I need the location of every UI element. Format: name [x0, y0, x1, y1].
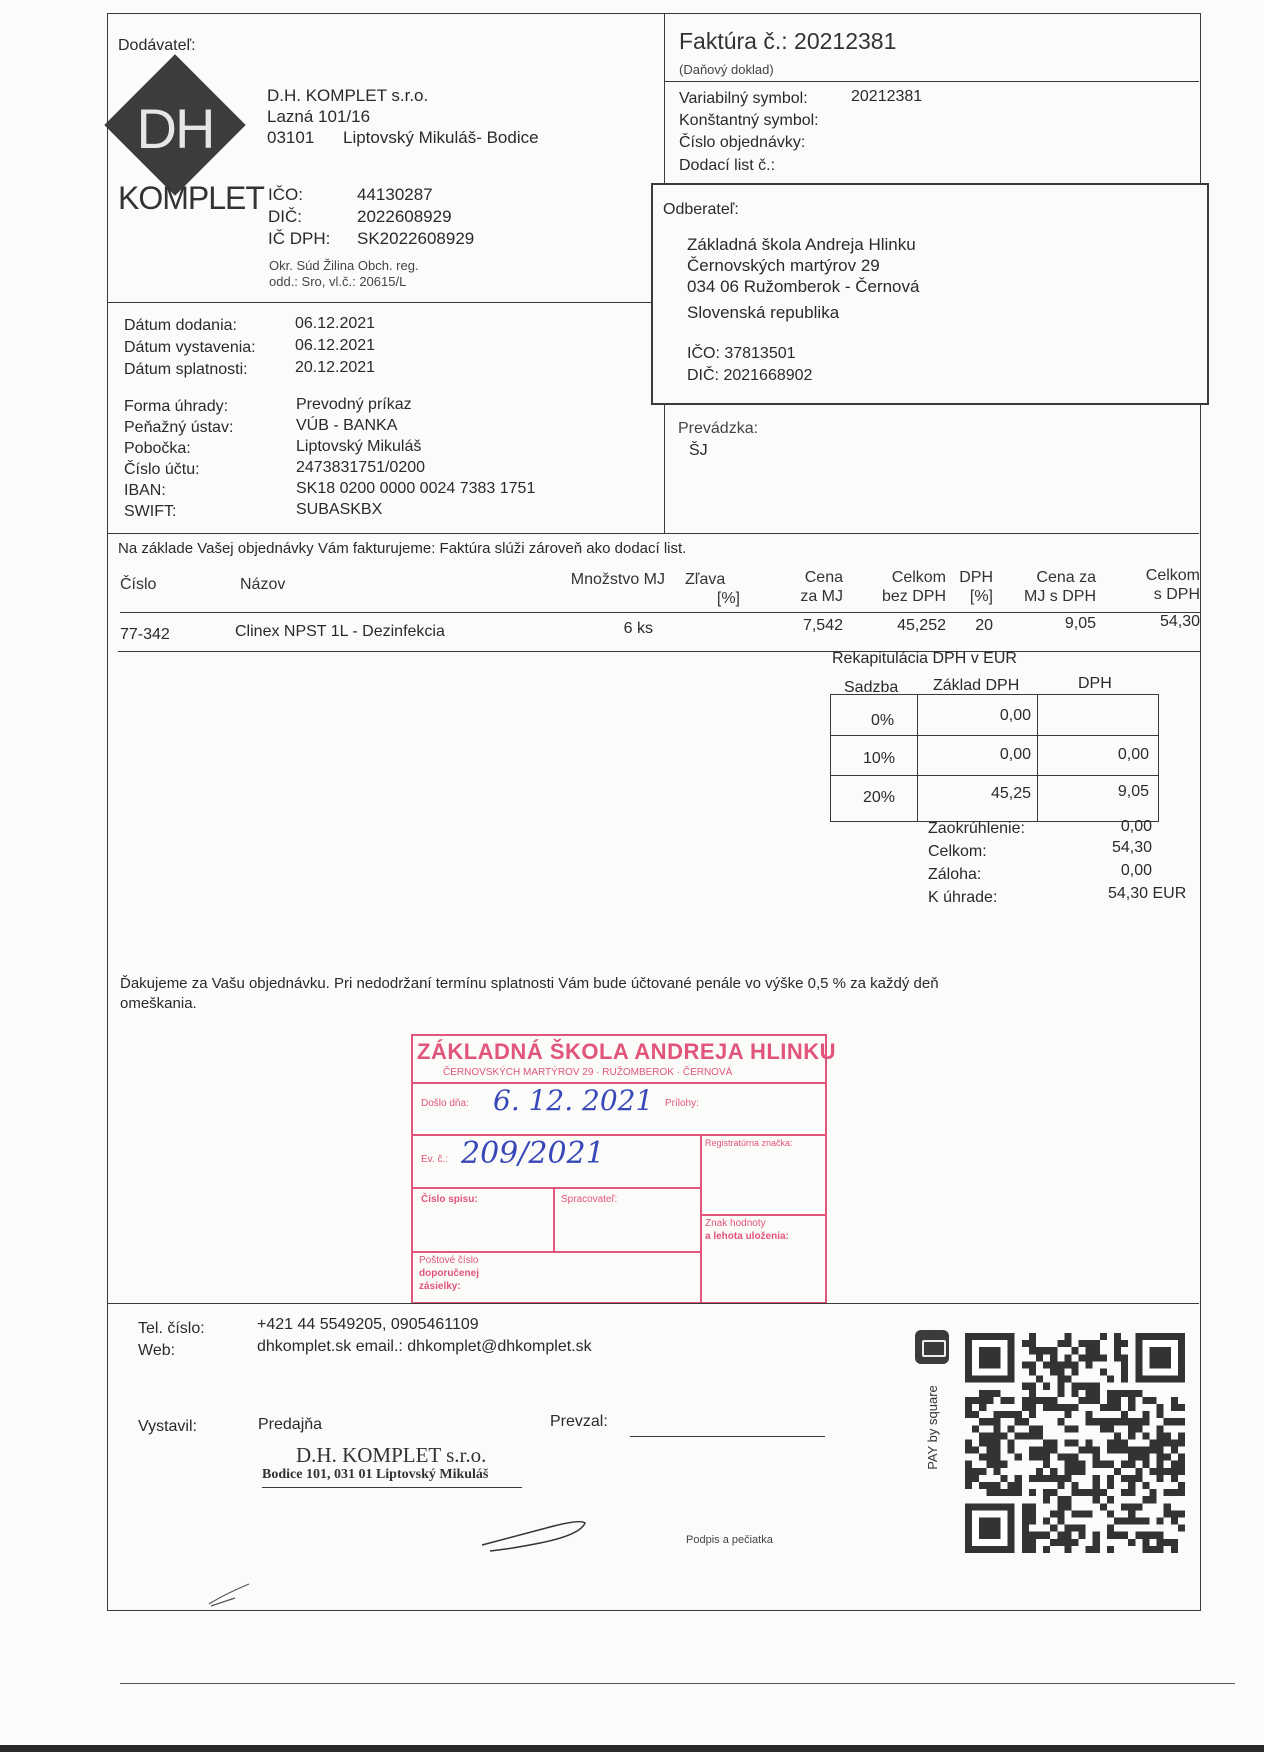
col-name: Názov: [240, 575, 285, 594]
recap-col-divider-1: [917, 695, 918, 821]
stamp-title: ZÁKLADNÁ ŠKOLA ANDREJA HLINKU: [417, 1039, 836, 1065]
col-vat-line1: DPH: [948, 568, 993, 587]
signature-mark: [205, 1580, 255, 1610]
col-total-net-line1: Celkom: [860, 568, 946, 587]
iban-value: SK18 0200 0000 0024 7383 1751: [296, 480, 535, 498]
web-label: Web:: [138, 1342, 175, 1360]
issued-by-label: Vystavil:: [138, 1418, 197, 1436]
order-number-label: Číslo objednávky:: [679, 134, 805, 152]
item-vat: 20: [948, 617, 993, 635]
col-price: Cena za MJ: [770, 568, 843, 606]
item-qty: 6 ks: [560, 620, 653, 638]
bank-label: Peňažný ústav:: [124, 419, 233, 437]
col-total-vat-line2: s DPH: [1100, 585, 1200, 604]
supplier-ico-label: IČO:: [268, 185, 303, 205]
date-due-value: 20.12.2021: [295, 359, 375, 377]
date-delivery-value: 06.12.2021: [295, 315, 375, 333]
stamp-post-label-1: Poštové číslo: [419, 1255, 478, 1266]
col-price-line1: Cena: [770, 568, 843, 587]
recap-base-1: 0,00: [921, 746, 1031, 764]
logo-komplet-text: KOMPLET: [118, 180, 264, 217]
pay-by-square-label: PAY by square: [925, 1385, 940, 1470]
date-issue-label: Dátum vystavenia:: [124, 339, 256, 357]
stamp-line-3: [413, 1187, 700, 1189]
date-issue-value: 06.12.2021: [295, 337, 375, 355]
stamp-post-label-3: zásielky:: [419, 1281, 461, 1292]
item-price-vat: 9,05: [1000, 615, 1096, 633]
supplier-dic-label: DIČ:: [268, 207, 302, 227]
divider-title: [664, 81, 1199, 82]
col-qty: Množstvo MJ: [540, 570, 665, 589]
constant-symbol-label: Konštantný symbol:: [679, 112, 819, 130]
col-price-line2: za MJ: [770, 587, 843, 606]
stamp-reg-label: Registratúrna značka:: [705, 1138, 793, 1148]
rounding-value: 0,00: [1060, 818, 1152, 836]
signature-scribble: [480, 1505, 590, 1555]
stamp-address: ČERNOVSKÝCH MARTÝROV 29 · RUŽOMBEROK · Č…: [443, 1067, 732, 1078]
supplier-icdph-label: IČ DPH:: [268, 229, 330, 249]
recap-rate-2: 20%: [863, 789, 895, 807]
supplier-street: Lazná 101/16: [267, 107, 370, 127]
supplier-name: D.H. KOMPLET s.r.o.: [267, 86, 428, 106]
col-number: Číslo: [120, 575, 156, 594]
invoice-title: Faktúra č.: 20212381: [679, 28, 896, 55]
stamp-vline-mid: [553, 1187, 555, 1251]
signature-caption: Podpis a pečiatka: [686, 1534, 773, 1546]
received-by-line: [630, 1436, 825, 1437]
swift-value: SUBASKBX: [296, 501, 382, 519]
delivery-note-label: Dodací list č.:: [679, 157, 775, 175]
recap-vat-2: 9,05: [1041, 783, 1149, 801]
amount-due-label: K úhrade:: [928, 889, 997, 907]
items-intro: Na základe Vašej objednávky Vám fakturuj…: [118, 540, 686, 557]
date-due-label: Dátum splatnosti:: [124, 361, 248, 379]
premises-value: ŠJ: [689, 442, 708, 460]
customer-street: Černovských martýrov 29: [687, 256, 880, 276]
payment-method-label: Forma úhrady:: [124, 398, 228, 416]
stamp-line-right-mid: [700, 1214, 825, 1216]
company-stamp-line1: D.H. KOMPLET s.r.o.: [296, 1443, 486, 1468]
stamp-handler-label: Spracovateľ:: [561, 1194, 617, 1205]
items-header-divider: [120, 612, 1200, 613]
supplier-icdph-value: SK2022608929: [357, 229, 474, 249]
stamp-line-4: [413, 1251, 700, 1253]
supplier-heading: Dodávateľ:: [118, 37, 196, 55]
col-price-vat-line2: MJ s DPH: [1000, 587, 1096, 606]
payment-method-value: Prevodný príkaz: [296, 396, 412, 414]
stamp-vline-right: [700, 1134, 702, 1302]
recap-col-divider-2: [1037, 695, 1038, 821]
registry-stamp: ZÁKLADNÁ ŠKOLA ANDREJA HLINKU ČERNOVSKÝC…: [411, 1034, 827, 1304]
date-delivery-label: Dátum dodania:: [124, 317, 237, 335]
vat-recap-head-base: Základ DPH: [933, 677, 1019, 695]
col-vat: DPH [%]: [948, 568, 993, 606]
deposit-label: Záloha:: [928, 866, 981, 884]
web-value[interactable]: dhkomplet.sk email.: dhkomplet@dhkomplet…: [257, 1338, 592, 1356]
divider-footer: [107, 1303, 1199, 1304]
supplier-dic-value: 2022608929: [357, 207, 452, 227]
vat-recap-head-vat: DPH: [1078, 675, 1112, 693]
thank-you-note-line2: omeškania.: [120, 995, 197, 1012]
col-discount-line2: [%]: [685, 589, 740, 608]
variable-symbol-value: 20212381: [851, 88, 922, 106]
recap-rate-1: 10%: [863, 750, 895, 768]
variable-symbol-label: Variabilný symbol:: [679, 90, 808, 108]
item-total-vat: 54,30: [1100, 613, 1200, 631]
account-value: 2473831751/0200: [296, 459, 425, 477]
recap-row-divider-2: [831, 775, 1158, 776]
scan-bottom-edge: [0, 1745, 1264, 1752]
branch-label: Pobočka:: [124, 440, 191, 458]
col-discount-line1: Zľava: [685, 570, 740, 589]
deposit-value: 0,00: [1060, 862, 1152, 880]
logo-dh-text: DH: [112, 96, 238, 161]
received-by-label: Prevzal:: [550, 1413, 608, 1431]
supplier-register-1: Okr. Súd Žilina Obch. reg.: [269, 258, 419, 273]
item-number: 77-342: [120, 626, 170, 644]
col-discount: Zľava [%]: [685, 570, 740, 608]
bank-value: VÚB - BANKA: [296, 417, 397, 435]
col-total-vat-line1: Celkom: [1100, 566, 1200, 585]
col-total-vat: Celkom s DPH: [1100, 566, 1200, 604]
col-price-vat: Cena za MJ s DPH: [1000, 568, 1096, 606]
page-bottom-line: [120, 1683, 1235, 1684]
total-label: Celkom:: [928, 843, 987, 861]
recap-base-0: 0,00: [921, 707, 1031, 725]
stamp-mark-label-1: Znak hodnoty: [705, 1218, 766, 1229]
item-total-net: 45,252: [860, 617, 946, 635]
col-total-net: Celkom bez DPH: [860, 568, 946, 606]
company-stamp-line2: Bodice 101, 031 01 Liptovský Mikuláš: [262, 1467, 488, 1483]
tel-value: +421 44 5549205, 0905461109: [257, 1316, 479, 1334]
supplier-city: Liptovský Mikuláš- Bodice: [343, 128, 539, 148]
payment-qr-code[interactable]: [965, 1333, 1185, 1553]
supplier-ico-value: 44130287: [357, 185, 433, 205]
recap-vat-1: 0,00: [1041, 746, 1149, 764]
customer-name: Základná škola Andreja Hlinku: [687, 235, 916, 255]
total-value: 54,30: [1060, 839, 1152, 857]
stamp-post-label-2: doporučenej: [419, 1268, 479, 1279]
recap-rate-0: 0%: [871, 712, 894, 730]
branch-value: Liptovský Mikuláš: [296, 438, 421, 456]
recap-base-2: 45,25: [921, 785, 1031, 803]
stamp-mark-label-2: a lehota uloženia:: [705, 1231, 789, 1242]
recap-row-divider-1: [831, 735, 1158, 736]
col-total-net-line2: bez DPH: [860, 587, 946, 606]
col-price-vat-line1: Cena za: [1000, 568, 1096, 587]
stamp-file-label: Číslo spisu:: [421, 1194, 478, 1205]
account-label: Číslo účtu:: [124, 461, 200, 479]
customer-city: 034 06 Ružomberok - Černová: [687, 277, 919, 297]
swift-label: SWIFT:: [124, 503, 176, 521]
invoice-subtitle: (Daňový doklad): [679, 62, 774, 77]
supplier-zip: 03101: [267, 128, 314, 148]
thank-you-note-line1: Ďakujeme za Vašu objednávku. Pri nedodrž…: [120, 975, 939, 992]
stamp-ev-label: Ev. č.:: [421, 1154, 448, 1165]
item-price: 7,542: [770, 617, 843, 635]
supplier-register-2: odd.: Sro, vl.č.: 20615/L: [269, 274, 406, 289]
pay-by-square-card-icon: [915, 1330, 949, 1364]
customer-ico: IČO: 37813501: [687, 345, 796, 363]
tel-label: Tel. číslo:: [138, 1320, 205, 1338]
issued-by-value: Predajňa: [258, 1416, 322, 1434]
stamp-received-label: Došlo dňa:: [421, 1098, 469, 1109]
vat-recap-title: Rekapitulácia DPH v EUR: [832, 650, 1017, 668]
iban-label: IBAN:: [124, 482, 166, 500]
premises-label: Prevádzka:: [678, 420, 758, 438]
customer-heading: Odberateľ:: [663, 201, 739, 219]
customer-dic: DIČ: 2021668902: [687, 367, 812, 385]
stamp-received-value: 6. 12. 2021: [493, 1084, 653, 1117]
customer-country: Slovenská republika: [687, 303, 839, 323]
divider-items-top: [107, 533, 1199, 534]
divider-supplier-dates: [107, 302, 664, 303]
item-name: Clinex NPST 1L - Dezinfekcia: [235, 623, 445, 641]
rounding-label: Zaokrúhlenie:: [928, 820, 1025, 838]
items-bottom-divider: [118, 651, 1200, 652]
stamp-attachments-label: Prílohy:: [665, 1098, 699, 1109]
stamp-ev-value: 209/2021: [461, 1136, 605, 1171]
col-vat-line2: [%]: [948, 587, 993, 606]
amount-due-value: 54,30 EUR: [1108, 885, 1186, 903]
company-stamp-underline: [262, 1487, 522, 1488]
vat-recap-table: 0% 0,00 10% 0,00 0,00 20% 45,25 9,05: [830, 694, 1159, 822]
